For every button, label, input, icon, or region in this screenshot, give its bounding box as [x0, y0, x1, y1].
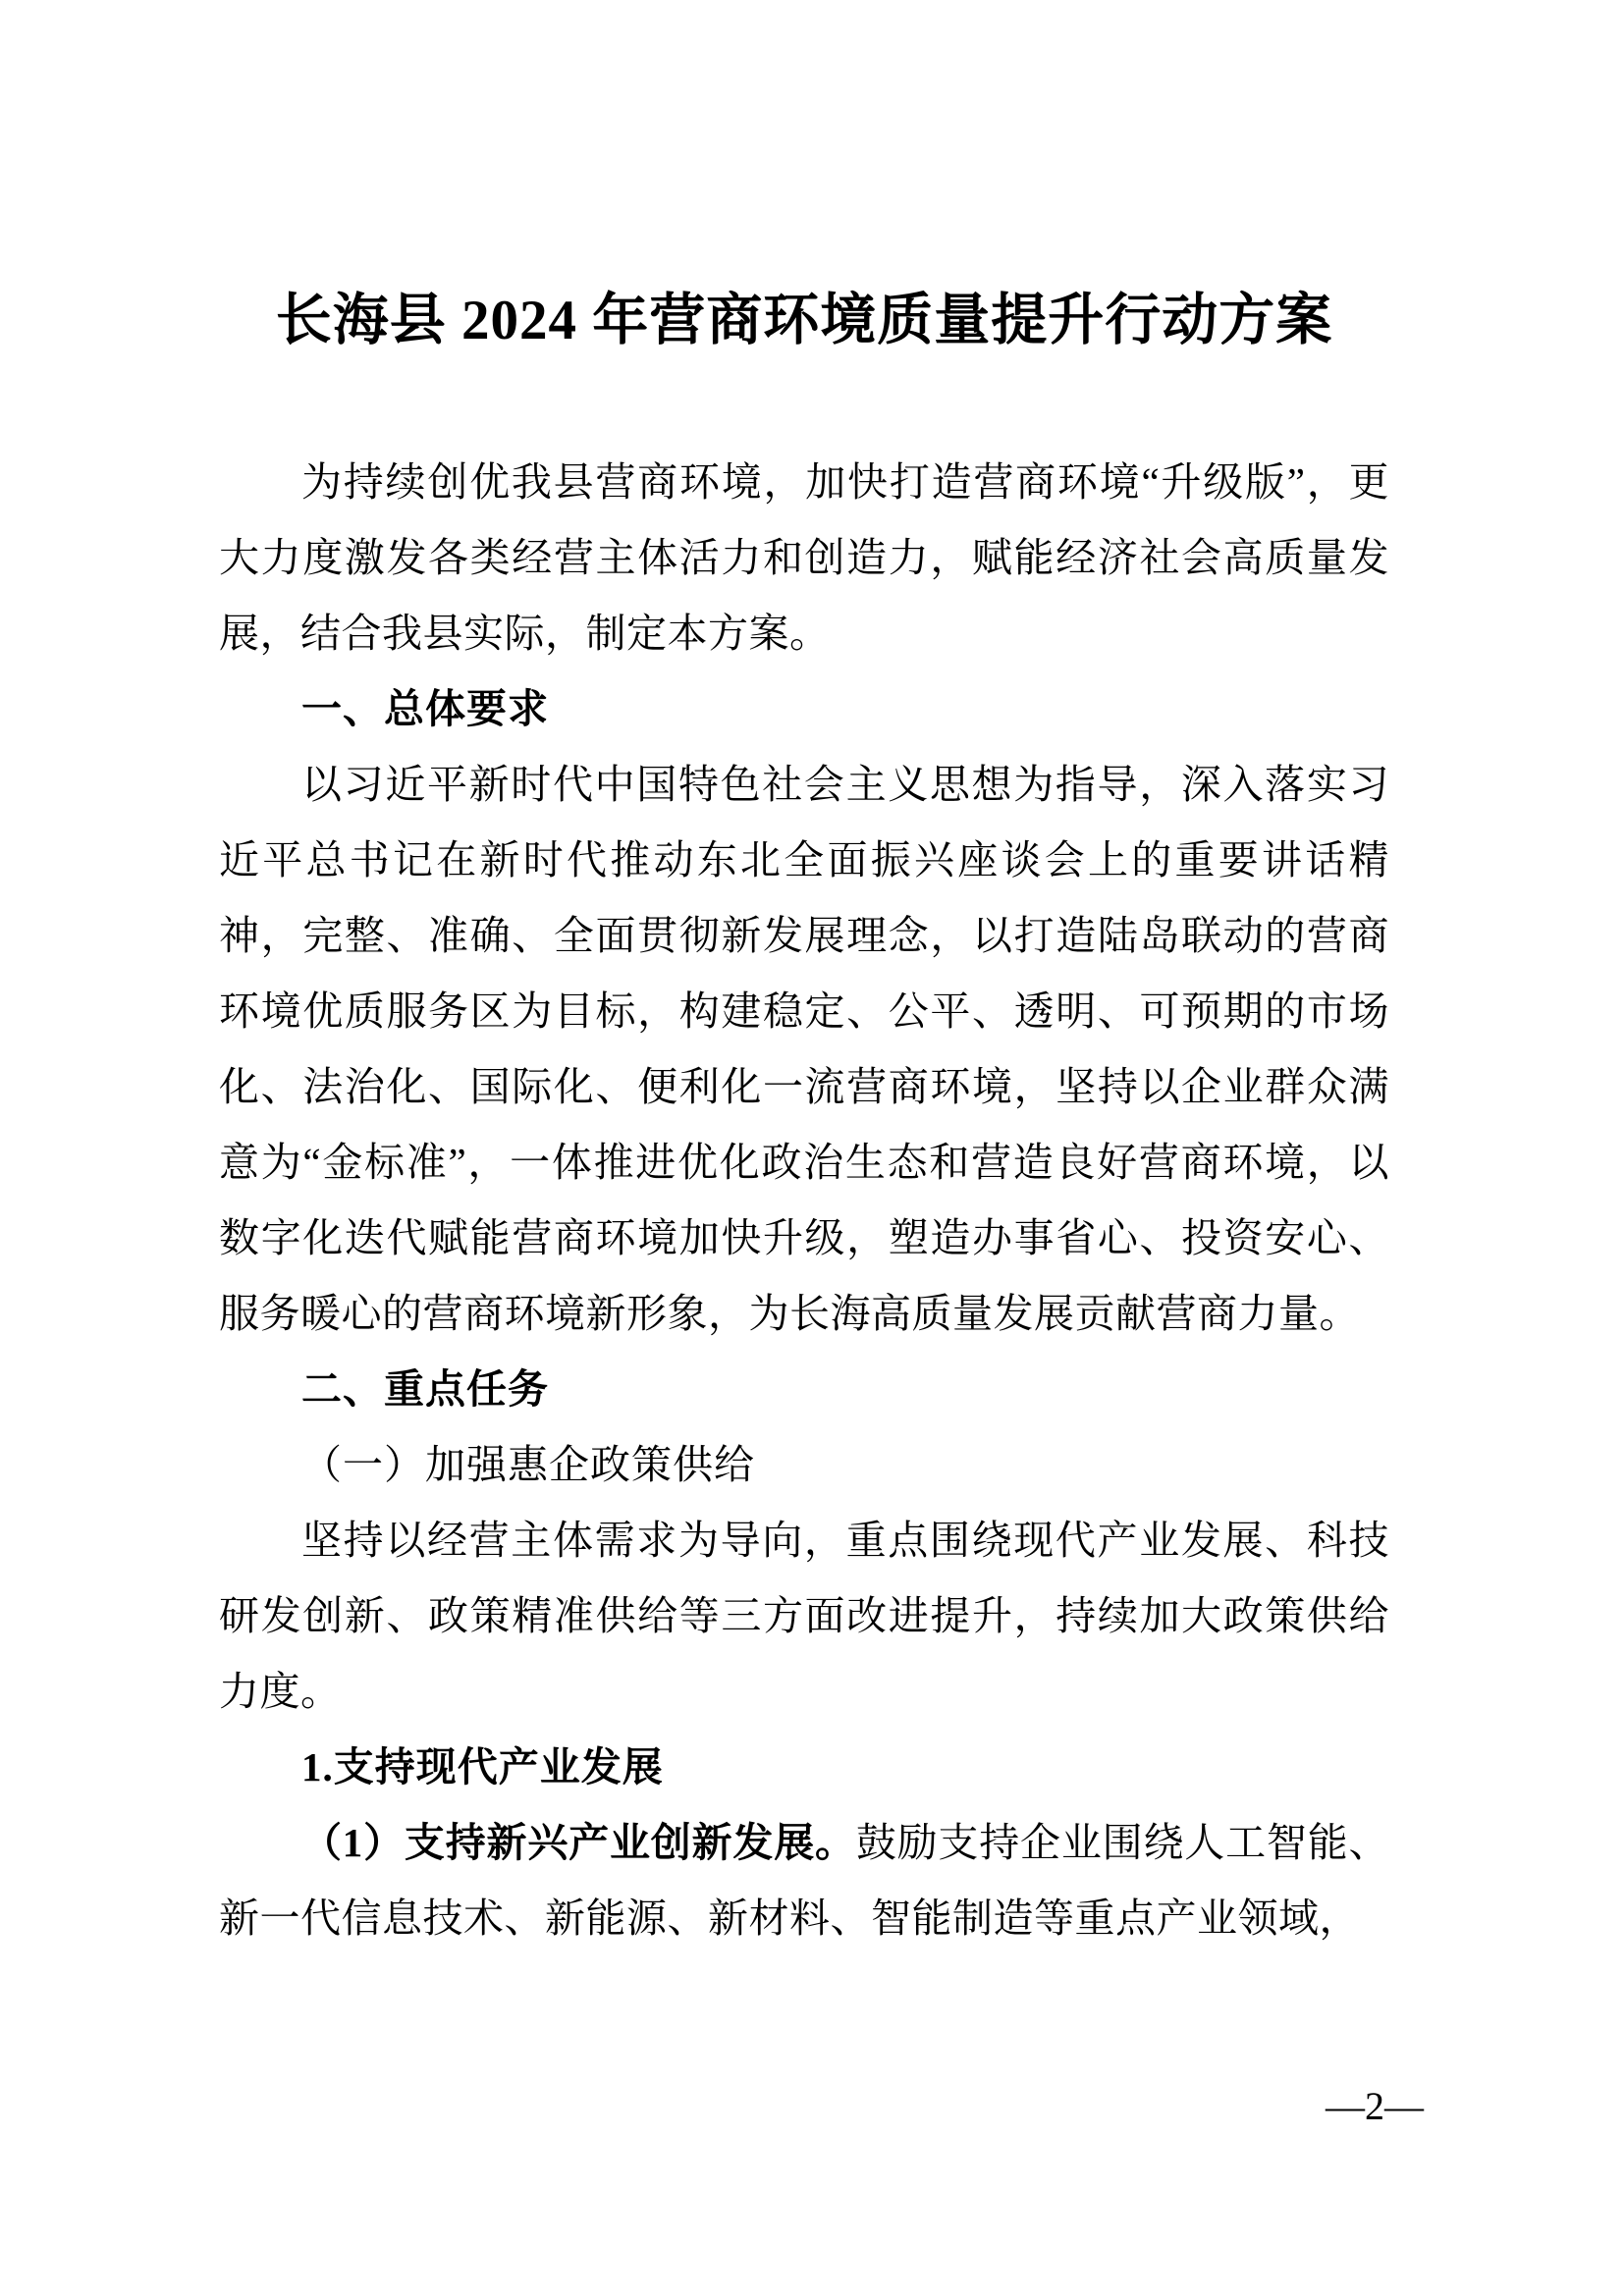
page-number: —2— [1326, 2083, 1424, 2130]
section-heading-overall-requirements: 一、总体要求 [219, 671, 1389, 747]
section-heading-key-tasks: 二、重点任务 [219, 1352, 1389, 1427]
item-heading-modern-industry: 1.支持现代产业发展 [219, 1730, 1389, 1805]
subsection-heading-policy-supply: （一）加强惠企政策供给 [219, 1427, 1389, 1503]
emerging-industry-lead: （1）支持新兴产业创新发展。 [301, 1820, 856, 1865]
page-title: 长海县 2024 年营商环境质量提升行动方案 [219, 283, 1389, 358]
intro-paragraph: 为持续创优我县营商环境，加快打造营商环境“升级版”，更大力度激发各类经营主体活力… [219, 445, 1389, 671]
emerging-industry-paragraph: （1）支持新兴产业创新发展。鼓励支持企业围绕人工智能、新一代信息技术、新能源、新… [219, 1805, 1389, 1956]
policy-supply-paragraph: 坚持以经营主体需求为导向，重点围绕现代产业发展、科技研发创新、政策精准供给等三方… [219, 1503, 1389, 1730]
guiding-ideology-paragraph: 以习近平新时代中国特色社会主义思想为指导，深入落实习近平总书记在新时代推动东北全… [219, 747, 1389, 1352]
document-page: 长海县 2024 年营商环境质量提升行动方案 为持续创优我县营商环境，加快打造营… [0, 0, 1624, 2296]
document-content: 长海县 2024 年营商环境质量提升行动方案 为持续创优我县营商环境，加快打造营… [219, 283, 1389, 1956]
